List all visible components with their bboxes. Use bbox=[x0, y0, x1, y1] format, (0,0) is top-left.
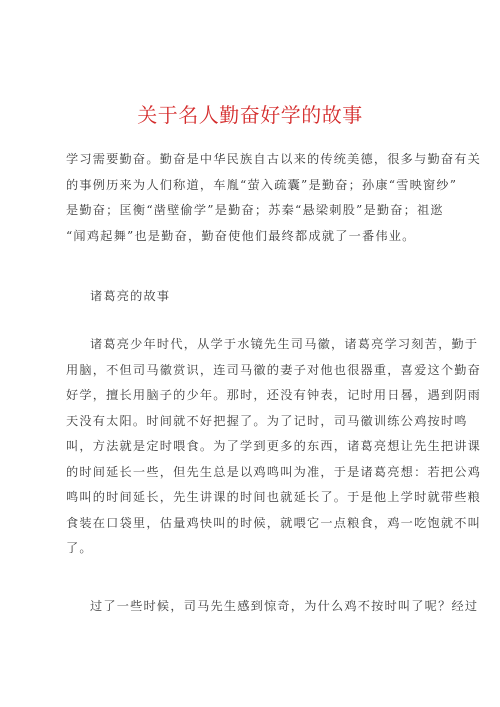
paragraph-line: 叫，方法就是定时喂食。为了学到更多的东西，诸葛亮想让先生把讲课 bbox=[66, 434, 438, 460]
paragraph-line: 鸣叫的时间延长，先生讲课的时间也就延长了。于是他上学时就带些粮 bbox=[66, 485, 438, 511]
story-paragraph: 诸葛亮少年时代，从学于水镜先生司马徽，诸葛亮学习刻苦，勤于 用脑，不但司马徽赏识… bbox=[66, 332, 438, 562]
section-heading: 诸葛亮的故事 bbox=[90, 284, 390, 310]
paragraph-line: 是勤奋；匡衡“凿壁偷学”是勤奋；苏秦“悬梁刺股”是勤奋；祖逖 bbox=[66, 198, 438, 224]
paragraph-line: 的事例历来为人们称道，车胤“萤入疏囊”是勤奋；孙康“雪映窗纱” bbox=[66, 173, 438, 199]
paragraph-line: 用脑，不但司马徽赏识，连司马徽的妻子对他也很器重，喜爱这个勤奋 bbox=[66, 358, 438, 384]
continuation-paragraph: 过了一些时候，司马先生感到惊奇，为什么鸡不按时叫了呢？经过 bbox=[66, 594, 438, 620]
paragraph-line: 学习需要勤奋。勤奋是中华民族自古以来的传统美德，很多与勤奋有关 bbox=[66, 147, 438, 173]
paragraph-line: 过了一些时候，司马先生感到惊奇，为什么鸡不按时叫了呢？经过 bbox=[66, 594, 438, 620]
document-page: 关于名人勤奋好学的故事 学习需要勤奋。勤奋是中华民族自古以来的传统美德，很多与勤… bbox=[0, 0, 500, 707]
paragraph-line: 诸葛亮少年时代，从学于水镜先生司马徽，诸葛亮学习刻苦，勤于 bbox=[66, 332, 438, 358]
paragraph-line: 了。 bbox=[66, 536, 438, 562]
paragraph-line: “闻鸡起舞”也是勤奋，勤奋使他们最终都成就了一番伟业。 bbox=[66, 224, 438, 250]
intro-paragraph: 学习需要勤奋。勤奋是中华民族自古以来的传统美德，很多与勤奋有关 的事例历来为人们… bbox=[66, 147, 438, 249]
paragraph-line: 食装在口袋里，估量鸡快叫的时候，就喂它一点粮食，鸡一吃饱就不叫 bbox=[66, 511, 438, 537]
paragraph-line: 天没有太阳。时间就不好把握了。为了记时，司马徽训练公鸡按时鸣 bbox=[66, 409, 438, 435]
paragraph-line: 好学，擅长用脑子的少年。那时，还没有钟表，记时用日晷，遇到阴雨 bbox=[66, 383, 438, 409]
paragraph-line: 的时间延长一些，但先生总是以鸡鸣叫为准，于是诸葛亮想：若把公鸡 bbox=[66, 460, 438, 486]
document-title: 关于名人勤奋好学的故事 bbox=[0, 103, 500, 127]
